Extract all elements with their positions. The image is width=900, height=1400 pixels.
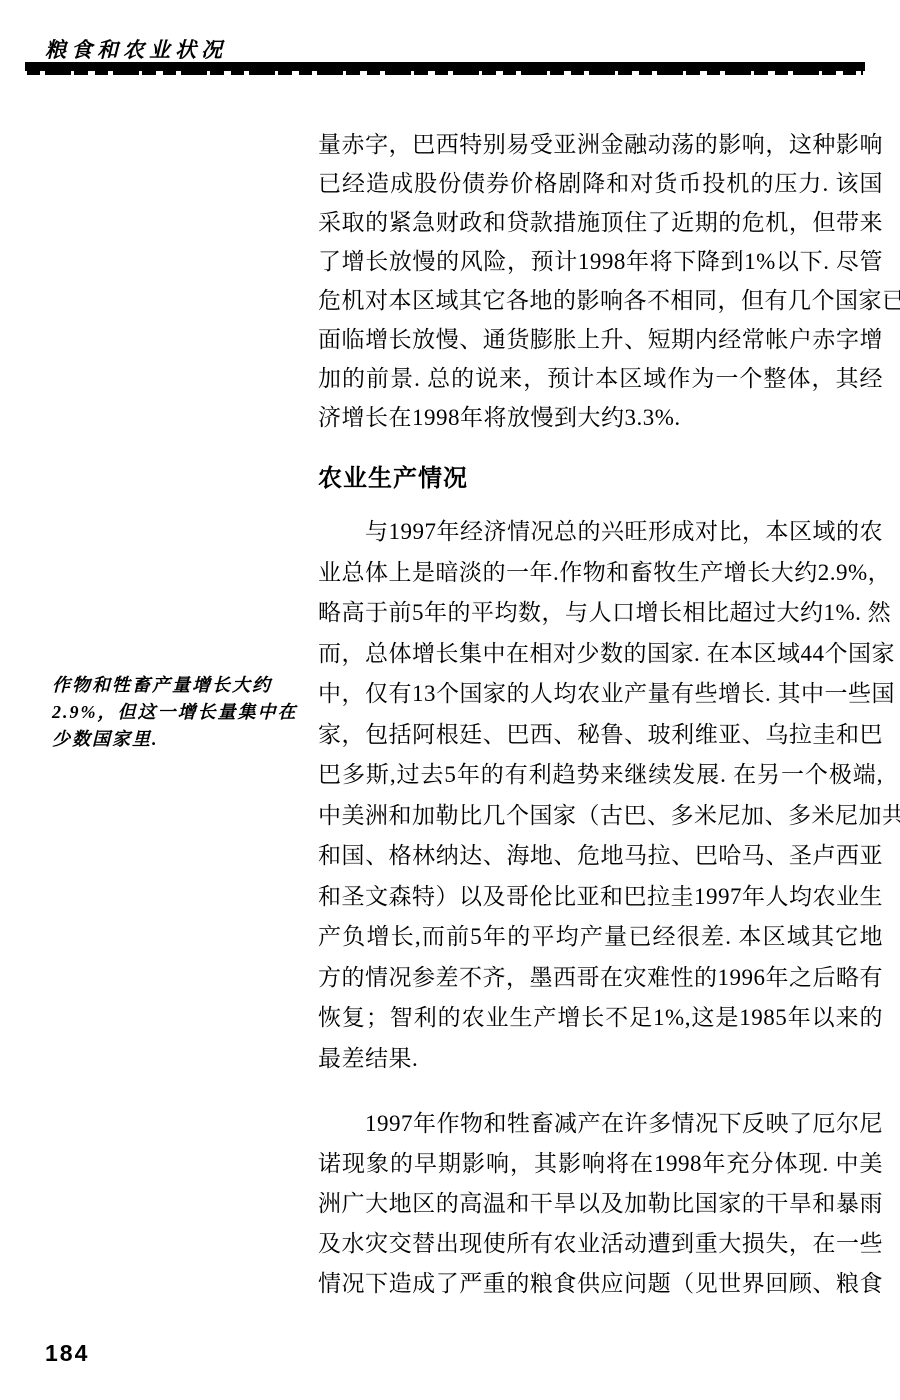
text-line: 业总体上是暗淡的一年.作物和畜牧生产增长大约2.9%， <box>318 553 883 594</box>
text-line: 和圣文森特）以及哥伦比亚和巴拉圭1997年人均农业生 <box>318 877 883 918</box>
text-line: 家，包括阿根廷、巴西、秘鲁、玻利维亚、乌拉圭和巴 <box>318 715 883 756</box>
header-rule-bar <box>25 62 865 71</box>
text-line: 作物和牲畜产量增长大约 <box>52 672 304 699</box>
text-line: 2.9%，但这一增长量集中在 <box>52 699 304 726</box>
text-line: 危机对本区域其它各地的影响各不相同，但有几个国家已 <box>318 281 883 320</box>
page-number: 184 <box>45 1340 89 1367</box>
text-line: 了增长放慢的风险，预计1998年将下降到1%以下. 尽管 <box>318 242 883 281</box>
text-line: 及水灾交替出现使所有农业活动遭到重大损失，在一些 <box>318 1224 883 1264</box>
text-line: 中美洲和加勒比几个国家（古巴、多米尼加、多米尼加共 <box>318 796 883 837</box>
text-line: 洲广大地区的高温和干旱以及加勒比国家的干旱和暴雨 <box>318 1184 883 1224</box>
text-line: 已经造成股份债券价格剧降和对货币投机的压力. 该国 <box>318 164 883 203</box>
document-page: 粮食和农业状况 量赤字，巴西特别易受亚洲金融动荡的影响，这种影响已经造成股份债券… <box>0 0 900 1400</box>
text-line: 量赤字，巴西特别易受亚洲金融动荡的影响，这种影响 <box>318 125 883 164</box>
paragraph-economy: 量赤字，巴西特别易受亚洲金融动荡的影响，这种影响已经造成股份债券价格剧降和对货币… <box>318 125 883 437</box>
text-line: 略高于前5年的平均数，与人口增长相比超过大约1%. 然 <box>318 593 883 634</box>
text-line: 诺现象的早期影响，其影响将在1998年充分体现. 中美 <box>318 1144 883 1184</box>
running-header-title: 粮食和农业状况 <box>45 34 227 64</box>
text-line: 方的情况参差不齐，墨西哥在灾难性的1996年之后略有 <box>318 958 883 999</box>
text-line: 最差结果. <box>318 1039 883 1080</box>
text-line: 与1997年经济情况总的兴旺形成对比，本区域的农 <box>318 512 883 553</box>
text-line: 中，仅有13个国家的人均农业产量有些增长. 其中一些国 <box>318 674 883 715</box>
text-line: 加的前景. 总的说来，预计本区域作为一个整体，其经 <box>318 359 883 398</box>
paragraph-agricultural-production: 与1997年经济情况总的兴旺形成对比，本区域的农业总体上是暗淡的一年.作物和畜牧… <box>318 512 883 1079</box>
text-line: 采取的紧急财政和贷款措施顶住了近期的危机，但带来 <box>318 203 883 242</box>
text-line: 济增长在1998年将放慢到大约3.3%. <box>318 398 883 437</box>
text-line: 产负增长,而前5年的平均产量已经很差. 本区域其它地 <box>318 917 883 958</box>
text-line: 巴多斯,过去5年的有利趋势来继续发展. 在另一个极端, <box>318 755 883 796</box>
text-line: 少数国家里. <box>52 726 304 753</box>
text-line: 和国、格林纳达、海地、危地马拉、巴哈马、圣卢西亚 <box>318 836 883 877</box>
margin-note: 作物和牲畜产量增长大约2.9%，但这一增长量集中在少数国家里. <box>52 672 304 753</box>
paragraph-el-nino: 1997年作物和牲畜减产在许多情况下反映了厄尔尼诺现象的早期影响，其影响将在19… <box>318 1104 883 1304</box>
text-line: 面临增长放慢、通货膨胀上升、短期内经常帐户赤字增 <box>318 320 883 359</box>
section-heading-agricultural-production: 农业生产情况 <box>318 458 468 493</box>
text-line: 情况下造成了严重的粮食供应问题（见世界回顾、粮食 <box>318 1264 883 1304</box>
text-line: 而，总体增长集中在相对少数的国家. 在本区域44个国家 <box>318 634 883 675</box>
text-line: 恢复；智利的农业生产增长不足1%,这是1985年以来的 <box>318 998 883 1039</box>
text-line: 1997年作物和牲畜减产在许多情况下反映了厄尔尼 <box>318 1104 883 1144</box>
